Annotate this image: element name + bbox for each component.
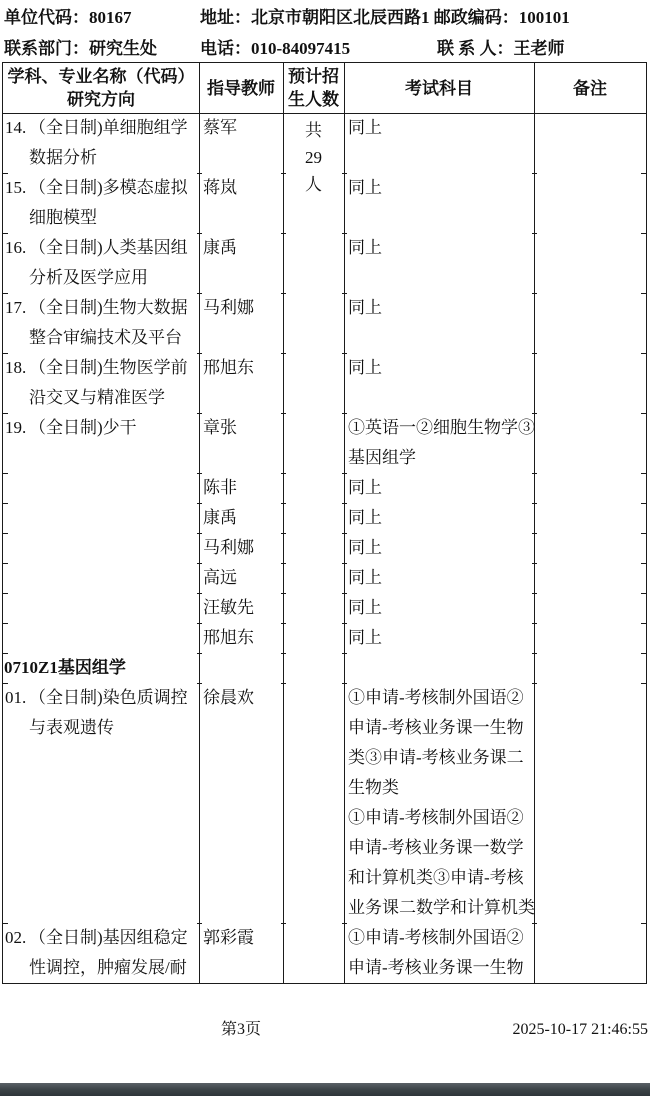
row-boundary-tick [342,503,347,504]
research-direction: 细胞模型 [29,203,97,233]
row-boundary-tick [532,233,537,234]
exam-subjects: 同上 [348,533,382,563]
row-boundary-tick [532,353,537,354]
row-boundary-tick [342,353,347,354]
research-direction: 数据分析 [29,143,97,173]
row-boundary-tick [641,173,646,174]
row-boundary-tick [281,533,286,534]
row-boundary-tick [281,593,286,594]
exam-subjects: 业务课二数学和计算机类 [348,893,535,923]
col-header-line: 学科、专业名称（代码） [3,65,199,88]
row-boundary-tick [281,473,286,474]
bottom-bar [0,1083,650,1096]
row-number: 14. [5,113,26,143]
row-boundary-tick [197,623,202,624]
row-boundary-tick [641,353,646,354]
row-boundary-tick [641,923,646,924]
section-heading: 0710Z1基因组学 [4,653,126,683]
exam-subjects: 申请-考核业务课一数学 [348,833,524,863]
unit-code: 单位代码：80167 [4,6,132,30]
row-boundary-tick [641,473,646,474]
row-boundary-tick [3,653,8,654]
row-boundary-tick [197,503,202,504]
research-direction: （全日制)多模态虚拟 [29,173,188,203]
row-boundary-tick [281,413,286,414]
research-direction: 沿交叉与精准医学 [29,383,165,413]
advisor-name: 康禹 [203,233,237,263]
research-direction: （全日制)生物医学前 [29,353,188,383]
exam-subjects: 同上 [348,473,382,503]
row-boundary-tick [3,173,8,174]
advisor-name: 康禹 [203,503,237,533]
row-boundary-tick [281,563,286,564]
research-direction: （全日制)少干 [29,413,137,443]
exam-subjects: 申请-考核业务课一生物 [348,713,524,743]
phone-number: 电话：010-84097415 [200,37,350,61]
row-boundary-tick [197,563,202,564]
exam-subjects: 同上 [348,173,382,203]
advisor-name: 蒋岚 [203,173,237,203]
row-boundary-tick [532,293,537,294]
advisor-name: 章张 [203,413,237,443]
row-boundary-tick [3,473,8,474]
column-divider [344,63,345,983]
row-boundary-tick [641,233,646,234]
admissions-table: 学科、专业名称（代码） 研究方向 指导教师 预计招 生人数 考试科目 备注 14… [2,62,647,984]
advisor-name: 陈非 [203,473,237,503]
col-header-line: 研究方向 [3,88,199,111]
enrollment-count: 共 [284,116,343,146]
row-boundary-tick [281,233,286,234]
row-boundary-tick [197,353,202,354]
row-boundary-tick [641,563,646,564]
row-boundary-tick [342,413,347,414]
row-boundary-tick [3,593,8,594]
row-boundary-tick [197,233,202,234]
exam-subjects: ①申请-考核制外国语② [348,803,524,833]
row-boundary-tick [641,593,646,594]
col-header-line: 生人数 [283,88,344,111]
row-boundary-tick [342,293,347,294]
advisor-name: 徐晨欢 [203,683,254,713]
col-header-discipline-direction: 学科、专业名称（代码） 研究方向 [3,63,199,113]
row-boundary-tick [197,923,202,924]
row-boundary-tick [532,473,537,474]
row-boundary-tick [342,683,347,684]
row-boundary-tick [197,473,202,474]
row-boundary-tick [641,683,646,684]
enrollment-count: 人 [284,170,343,200]
col-header-line: 指导教师 [199,77,283,100]
row-boundary-tick [532,923,537,924]
row-boundary-tick [197,653,202,654]
row-boundary-tick [532,563,537,564]
row-boundary-tick [641,623,646,624]
research-direction: （全日制)单细胞组学 [29,113,188,143]
col-header-planned-enrollment: 预计招 生人数 [283,63,344,113]
row-boundary-tick [197,173,202,174]
exam-subjects: 和计算机类③申请-考核 [348,863,524,893]
research-direction: （全日制)染色质调控 [29,683,188,713]
row-boundary-tick [342,533,347,534]
row-boundary-tick [532,623,537,624]
row-boundary-tick [3,353,8,354]
row-boundary-tick [532,683,537,684]
row-boundary-tick [342,593,347,594]
row-boundary-tick [3,413,8,414]
advisor-name: 汪敏先 [203,593,254,623]
row-boundary-tick [3,923,8,924]
advisor-name: 高远 [203,563,237,593]
row-boundary-tick [532,653,537,654]
col-header-remarks: 备注 [534,63,646,113]
advisor-name: 邢旭东 [203,623,254,653]
row-boundary-tick [641,413,646,414]
row-boundary-tick [342,623,347,624]
row-boundary-tick [342,563,347,564]
research-direction: 整合审编技术及平台 [29,323,182,353]
row-boundary-tick [281,353,286,354]
column-divider [534,63,535,983]
exam-subjects: 基因组学 [348,443,416,473]
column-divider [199,63,200,983]
row-boundary-tick [342,473,347,474]
row-boundary-tick [3,293,8,294]
document-page: 单位代码：80167 地址：北京市朝阳区北辰西路1 邮政编码：100101 联系… [0,0,650,1115]
advisor-name: 邢旭东 [203,353,254,383]
row-boundary-tick [641,503,646,504]
row-number: 02. [5,923,26,953]
row-boundary-tick [641,293,646,294]
research-direction: （全日制)人类基因组 [29,233,188,263]
row-boundary-tick [3,563,8,564]
row-number: 15. [5,173,26,203]
enrollment-count: 29 [284,143,343,173]
row-boundary-tick [342,233,347,234]
research-direction: （全日制)基因组稳定 [29,923,188,953]
research-direction: 与表观遗传 [29,713,114,743]
row-number: 16. [5,233,26,263]
exam-subjects: ①申请-考核制外国语② [348,683,524,713]
row-boundary-tick [197,683,202,684]
advisor-name: 郭彩霞 [203,923,254,953]
row-boundary-tick [281,503,286,504]
advisor-name: 蔡军 [203,113,237,143]
research-direction: 性调控，肿瘤发展/耐 [29,953,187,983]
advisor-name: 马利娜 [203,293,254,323]
row-boundary-tick [342,923,347,924]
col-header-line: 考试科目 [344,77,534,100]
row-boundary-tick [197,593,202,594]
col-header-advisor: 指导教师 [199,63,283,113]
col-header-line: 预计招 [283,65,344,88]
row-boundary-tick [197,413,202,414]
col-header-exam-subjects: 考试科目 [344,63,534,113]
row-boundary-tick [3,623,8,624]
row-boundary-tick [281,653,286,654]
row-boundary-tick [281,623,286,624]
exam-subjects: ①英语一②细胞生物学③ [348,413,535,443]
exam-subjects: 类③申请-考核业务课二 [348,743,524,773]
exam-subjects: 生物类 [348,773,399,803]
col-header-line: 备注 [534,77,646,100]
page-number: 第3页 [160,1020,322,1040]
row-boundary-tick [532,533,537,534]
exam-subjects: ①申请-考核制外国语② [348,923,524,953]
row-boundary-tick [532,503,537,504]
row-boundary-tick [281,923,286,924]
exam-subjects: 同上 [348,293,382,323]
print-datetime: 2025-10-17 21:46:55 [400,1020,648,1040]
row-number: 18. [5,353,26,383]
column-divider [283,63,284,983]
row-number: 17. [5,293,26,323]
row-boundary-tick [532,173,537,174]
row-boundary-tick [3,683,8,684]
row-boundary-tick [3,533,8,534]
exam-subjects: 同上 [348,593,382,623]
exam-subjects: 同上 [348,233,382,263]
row-boundary-tick [3,233,8,234]
row-number: 19. [5,413,26,443]
row-boundary-tick [641,533,646,534]
exam-subjects: 同上 [348,113,382,143]
row-boundary-tick [532,413,537,414]
row-boundary-tick [532,593,537,594]
address-postal-code: 地址：北京市朝阳区北辰西路1 邮政编码：100101 [200,6,570,30]
row-boundary-tick [281,293,286,294]
exam-subjects: 同上 [348,563,382,593]
exam-subjects: 同上 [348,503,382,533]
row-boundary-tick [197,533,202,534]
row-boundary-tick [3,503,8,504]
row-boundary-tick [281,683,286,684]
exam-subjects: 同上 [348,623,382,653]
exam-subjects: 同上 [348,353,382,383]
row-boundary-tick [197,293,202,294]
row-boundary-tick [641,653,646,654]
contact-person: 联 系 人：王老师 [437,37,565,61]
research-direction: （全日制)生物大数据 [29,293,188,323]
row-boundary-tick [342,173,347,174]
research-direction: 分析及医学应用 [29,263,148,293]
exam-subjects: 申请-考核业务课一生物 [348,953,524,983]
row-number: 01. [5,683,26,713]
row-boundary-tick [342,653,347,654]
contact-department: 联系部门：研究生处 [4,37,157,61]
advisor-name: 马利娜 [203,533,254,563]
row-boundary-tick [281,173,286,174]
